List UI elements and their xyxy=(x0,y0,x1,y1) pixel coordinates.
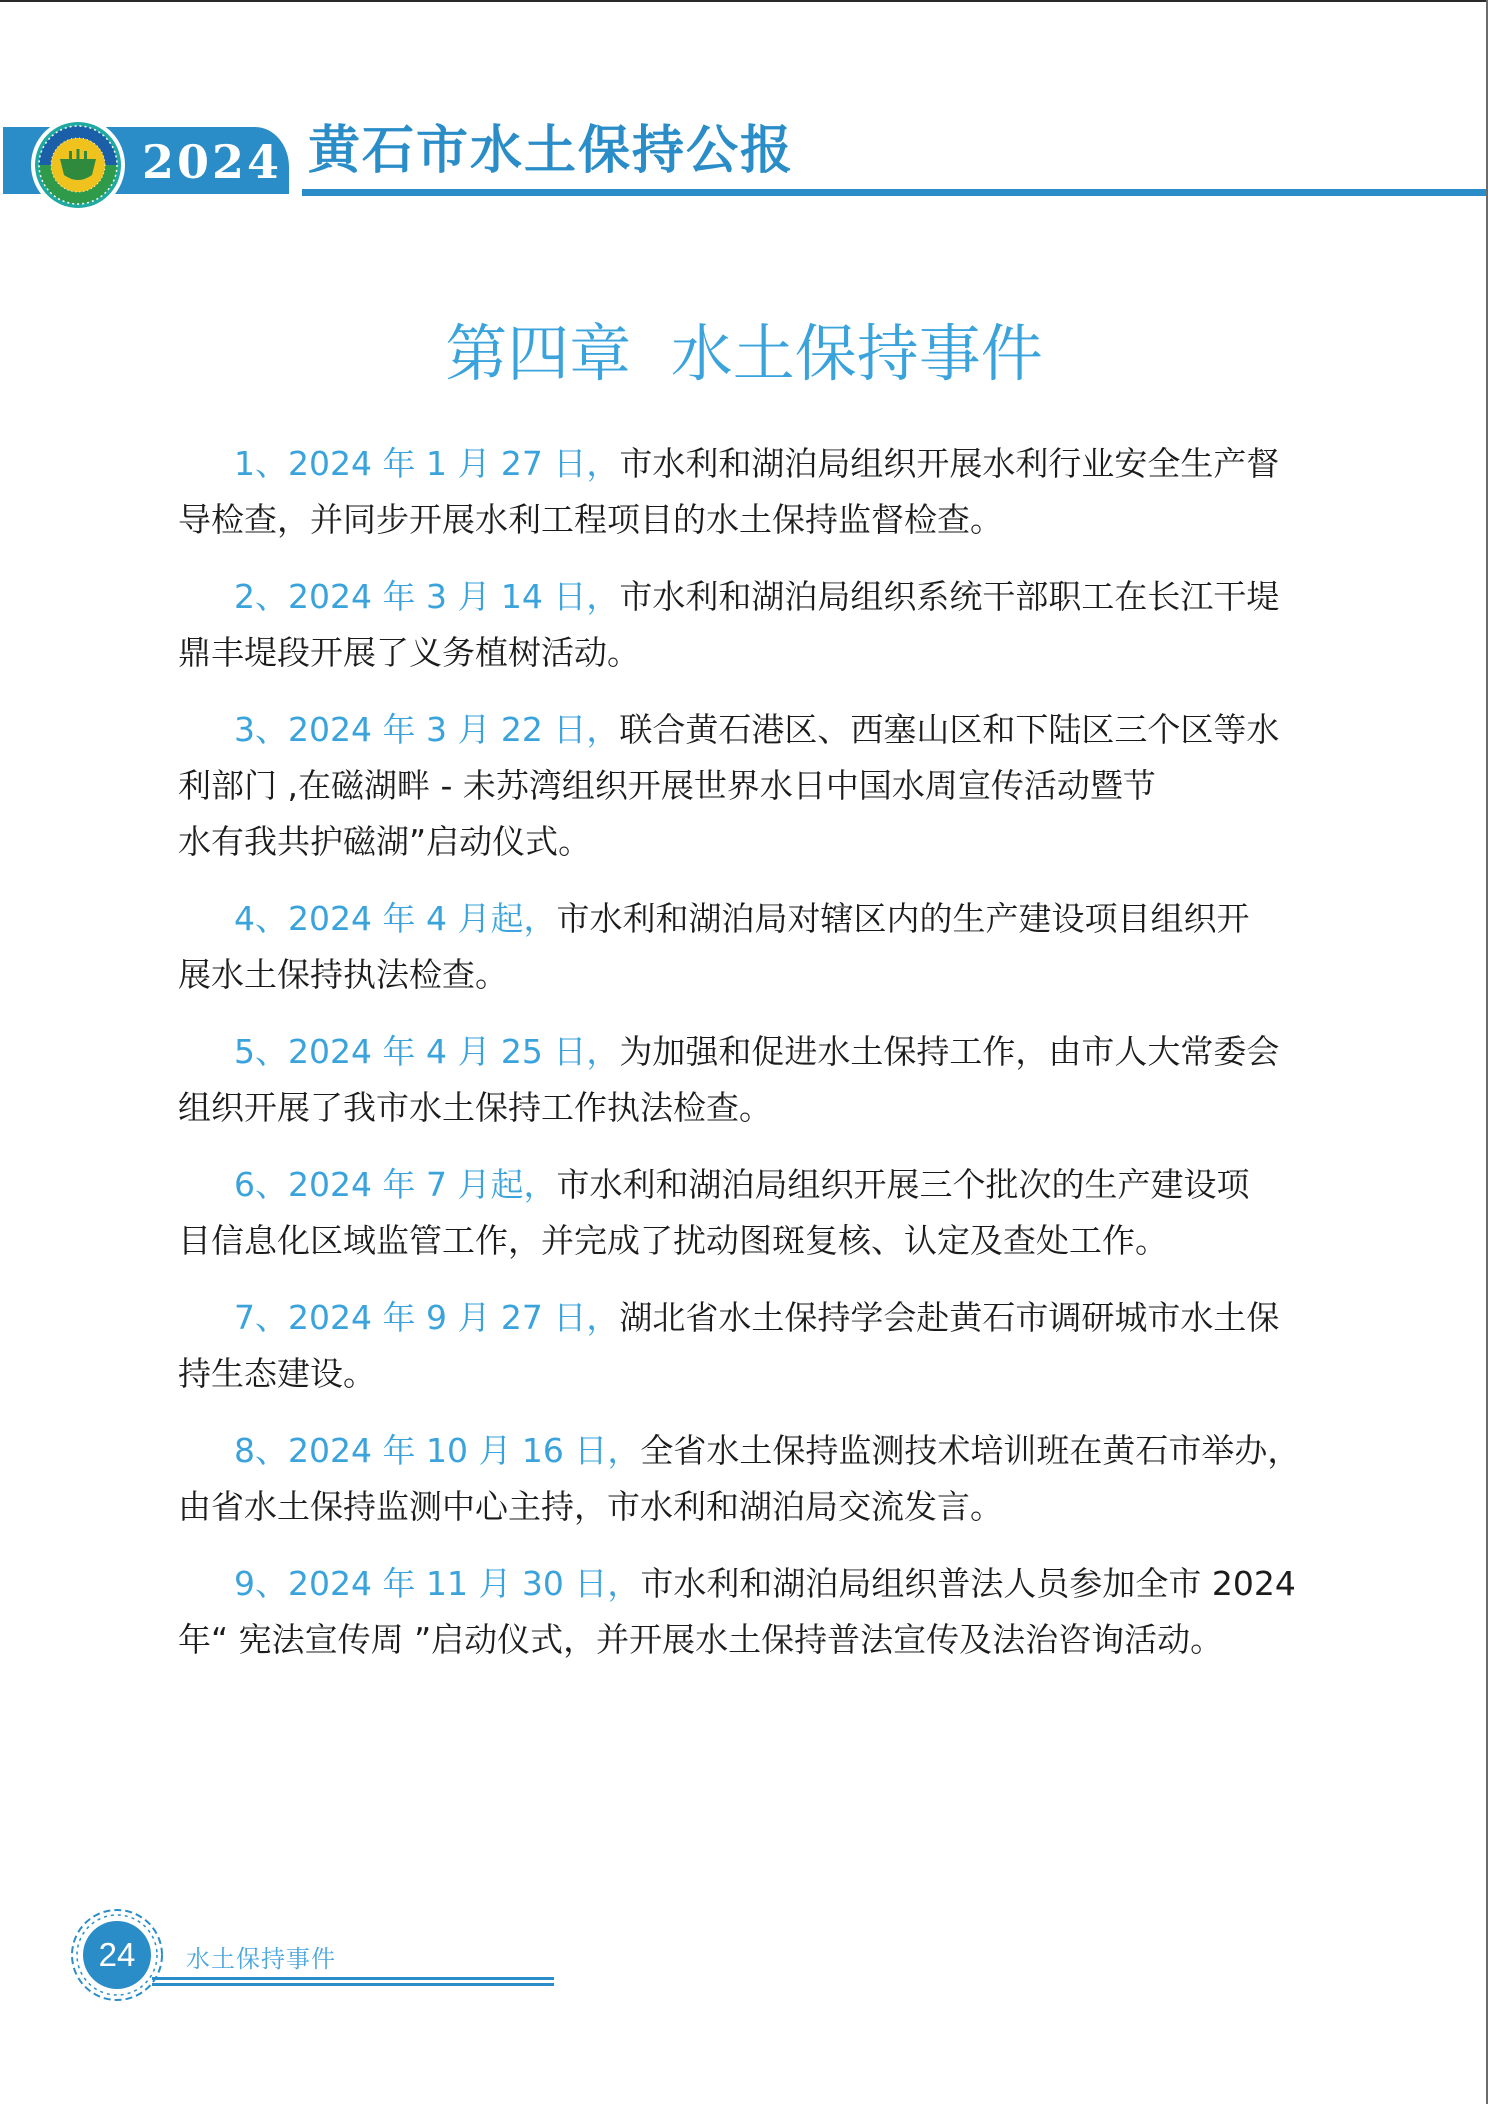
event-item-7: 7、2024 年 9 月 27 日，湖北省水土保持学会赴黄石市调研城市水土保 持… xyxy=(178,1290,1313,1402)
event-text: 为加强和促进水土保持工作，由市人大常委会 xyxy=(619,1032,1279,1071)
event-item-1: 1、2024 年 1 月 27 日，市水利和湖泊局组织开展水利行业安全生产督 导… xyxy=(178,436,1313,548)
event-line: 9、2024 年 11 月 30 日，市水利和湖泊局组织普法人员参加全市 202… xyxy=(178,1556,1313,1612)
event-date: 3、2024 年 3 月 22 日， xyxy=(234,710,619,749)
event-text: 水有我共护磁湖”启动仪式。 xyxy=(178,814,1313,870)
event-line: 8、2024 年 10 月 16 日，全省水土保持监测技术培训班在黄石市举办， xyxy=(178,1423,1313,1479)
event-line: 5、2024 年 4 月 25 日，为加强和促进水土保持工作，由市人大常委会 xyxy=(178,1024,1313,1080)
event-date: 4、2024 年 4 月起， xyxy=(234,899,556,938)
event-line: 1、2024 年 1 月 27 日，市水利和湖泊局组织开展水利行业安全生产督 xyxy=(178,436,1313,492)
event-text: 年“ 宪法宣传周 ”启动仪式，并开展水土保持普法宣传及法治咨询活动。 xyxy=(178,1612,1313,1668)
event-item-8: 8、2024 年 10 月 16 日，全省水土保持监测技术培训班在黄石市举办， … xyxy=(178,1423,1313,1535)
event-date: 5、2024 年 4 月 25 日， xyxy=(234,1032,619,1071)
report-title: 黄石市水土保持公报 xyxy=(308,118,794,184)
event-date: 8、2024 年 10 月 16 日， xyxy=(234,1431,640,1470)
event-list: 1、2024 年 1 月 27 日，市水利和湖泊局组织开展水利行业安全生产督 导… xyxy=(178,436,1313,1689)
footer-divider-top xyxy=(152,1977,554,1980)
event-line: 7、2024 年 9 月 27 日，湖北省水土保持学会赴黄石市调研城市水土保 xyxy=(178,1290,1313,1346)
footer-section-label: 水土保持事件 xyxy=(186,1943,336,1975)
page-number: 24 xyxy=(84,1933,150,1977)
event-line: 2、2024 年 3 月 14 日，市水利和湖泊局组织系统干部职工在长江干堤 xyxy=(178,569,1313,625)
event-text: 导检查，并同步开展水利工程项目的水土保持监督检查。 xyxy=(178,492,1313,548)
event-text: 联合黄石港区、西塞山区和下陆区三个区等水 xyxy=(619,710,1279,749)
event-item-2: 2、2024 年 3 月 14 日，市水利和湖泊局组织系统干部职工在长江干堤 鼎… xyxy=(178,569,1313,681)
event-text: 组织开展了我市水土保持工作执法检查。 xyxy=(178,1080,1313,1136)
event-text: 全省水土保持监测技术培训班在黄石市举办， xyxy=(640,1431,1300,1470)
event-text: 利部门 ,在磁湖畔 - 未苏湾组织开展世界水日中国水周宣传活动暨节 xyxy=(178,758,1313,814)
event-text: 市水利和湖泊局组织开展水利行业安全生产督 xyxy=(619,444,1279,483)
event-item-4: 4、2024 年 4 月起，市水利和湖泊局对辖区内的生产建设项目组织开 展水土保… xyxy=(178,891,1313,1003)
event-line: 4、2024 年 4 月起，市水利和湖泊局对辖区内的生产建设项目组织开 xyxy=(178,891,1313,947)
event-item-3: 3、2024 年 3 月 22 日，联合黄石港区、西塞山区和下陆区三个区等水 利… xyxy=(178,702,1313,870)
event-item-9: 9、2024 年 11 月 30 日，市水利和湖泊局组织普法人员参加全市 202… xyxy=(178,1556,1313,1668)
event-item-6: 6、2024 年 7 月起，市水利和湖泊局组织开展三个批次的生产建设项 目信息化… xyxy=(178,1157,1313,1269)
event-text: 鼎丰堤段开展了义务植树活动。 xyxy=(178,625,1313,681)
event-text: 市水利和湖泊局组织系统干部职工在长江干堤 xyxy=(619,577,1279,616)
report-year: 2024 xyxy=(142,132,282,192)
chapter-title: 第四章 水土保持事件 xyxy=(0,316,1488,392)
event-text: 湖北省水土保持学会赴黄石市调研城市水土保 xyxy=(619,1298,1279,1337)
event-date: 7、2024 年 9 月 27 日， xyxy=(234,1298,619,1337)
event-text: 市水利和湖泊局对辖区内的生产建设项目组织开 xyxy=(556,899,1249,938)
event-line: 6、2024 年 7 月起，市水利和湖泊局组织开展三个批次的生产建设项 xyxy=(178,1157,1313,1213)
event-text: 由省水土保持监测中心主持，市水利和湖泊局交流发言。 xyxy=(178,1479,1313,1535)
page-border-top xyxy=(0,0,1488,2)
event-text: 市水利和湖泊局组织普法人员参加全市 2024 xyxy=(640,1564,1295,1603)
event-date: 6、2024 年 7 月起， xyxy=(234,1165,556,1204)
event-text: 市水利和湖泊局组织开展三个批次的生产建设项 xyxy=(556,1165,1249,1204)
soil-water-conservation-emblem-icon xyxy=(30,117,126,213)
event-text: 展水土保持执法检查。 xyxy=(178,947,1313,1003)
footer-divider-bottom xyxy=(152,1983,554,1986)
event-line: 3、2024 年 3 月 22 日，联合黄石港区、西塞山区和下陆区三个区等水 xyxy=(178,702,1313,758)
event-text: 持生态建设。 xyxy=(178,1346,1313,1402)
event-date: 1、2024 年 1 月 27 日， xyxy=(234,444,619,483)
event-date: 9、2024 年 11 月 30 日， xyxy=(234,1564,640,1603)
header-divider xyxy=(302,189,1486,196)
event-date: 2、2024 年 3 月 14 日， xyxy=(234,577,619,616)
event-item-5: 5、2024 年 4 月 25 日，为加强和促进水土保持工作，由市人大常委会 组… xyxy=(178,1024,1313,1136)
event-text: 目信息化区域监管工作，并完成了扰动图斑复核、认定及查处工作。 xyxy=(178,1213,1313,1269)
